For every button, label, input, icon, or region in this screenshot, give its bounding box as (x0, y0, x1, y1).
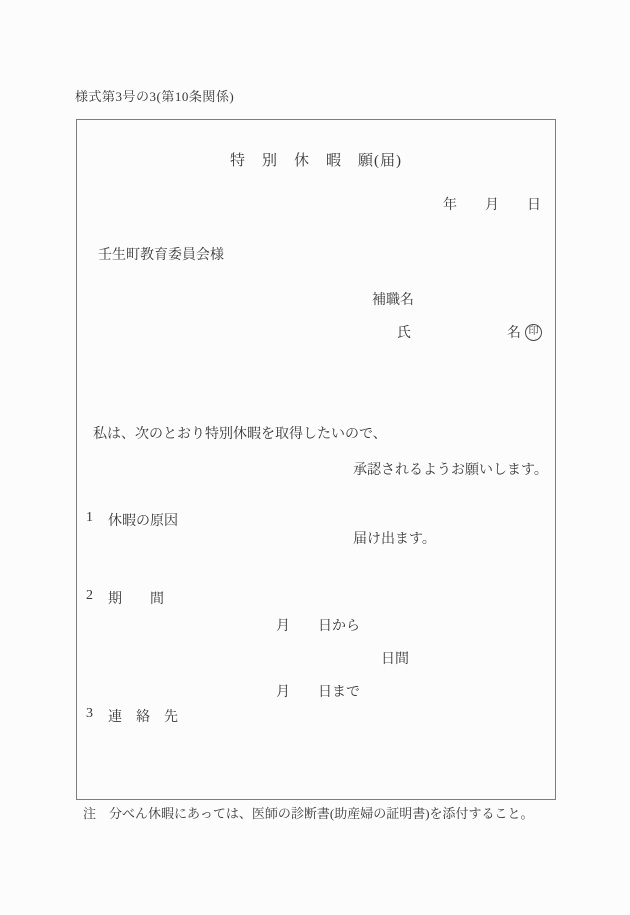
section-number: 3 (86, 706, 108, 726)
section-number: 2 (86, 588, 108, 608)
period-days-line: 日間 (381, 648, 409, 668)
section-item-contact: 3 連 絡 先 (86, 706, 178, 726)
date-line: 年 月 日 (443, 194, 541, 214)
section-item-reason: 1 休暇の原因 (86, 510, 178, 530)
name-label-first: 名 (507, 322, 521, 342)
period-from-line: 月 日から (276, 615, 360, 635)
seal-stamp-icon: 印 (525, 324, 542, 341)
name-label-last: 氏 (397, 322, 411, 342)
seal-stamp-text: 印 (529, 327, 539, 337)
position-name-label: 補職名 (372, 289, 414, 309)
section-number: 1 (86, 510, 108, 530)
statement-right-line2: 届け出ます。 (353, 528, 545, 551)
note-text: 注 分べん休暇にあっては、医師の診断書(助産婦の証明書)を添付すること。 (83, 803, 534, 822)
section-label: 期 間 (108, 588, 164, 608)
form-code-label: 様式第3号の3(第10条関係) (75, 86, 234, 105)
statement-right: 承認されるようお願いします。 届け出ます。 (353, 413, 545, 597)
statement-left: 私は、次のとおり特別休暇を取得したいので、 (93, 413, 353, 597)
section-label: 休暇の原因 (108, 510, 178, 530)
period-to-line: 月 日まで (276, 681, 360, 701)
name-row: 氏 名 印 (397, 322, 547, 342)
document-page: 様式第3号の3(第10条関係) 特 別 休 暇 願(届) 年 月 日 壬生町教育… (0, 0, 630, 915)
form-box: 特 別 休 暇 願(届) 年 月 日 壬生町教育委員会様 補職名 氏 名 印 私… (76, 119, 556, 800)
statement-right-line1: 承認されるようお願いします。 (353, 459, 545, 482)
statement: 私は、次のとおり特別休暇を取得したいので、 承認されるようお願いします。 届け出… (93, 413, 545, 597)
section-item-period: 2 期 間 (86, 588, 164, 608)
addressee: 壬生町教育委員会様 (98, 244, 224, 264)
section-label: 連 絡 先 (108, 706, 178, 726)
form-title: 特 別 休 暇 願(届) (77, 149, 555, 170)
